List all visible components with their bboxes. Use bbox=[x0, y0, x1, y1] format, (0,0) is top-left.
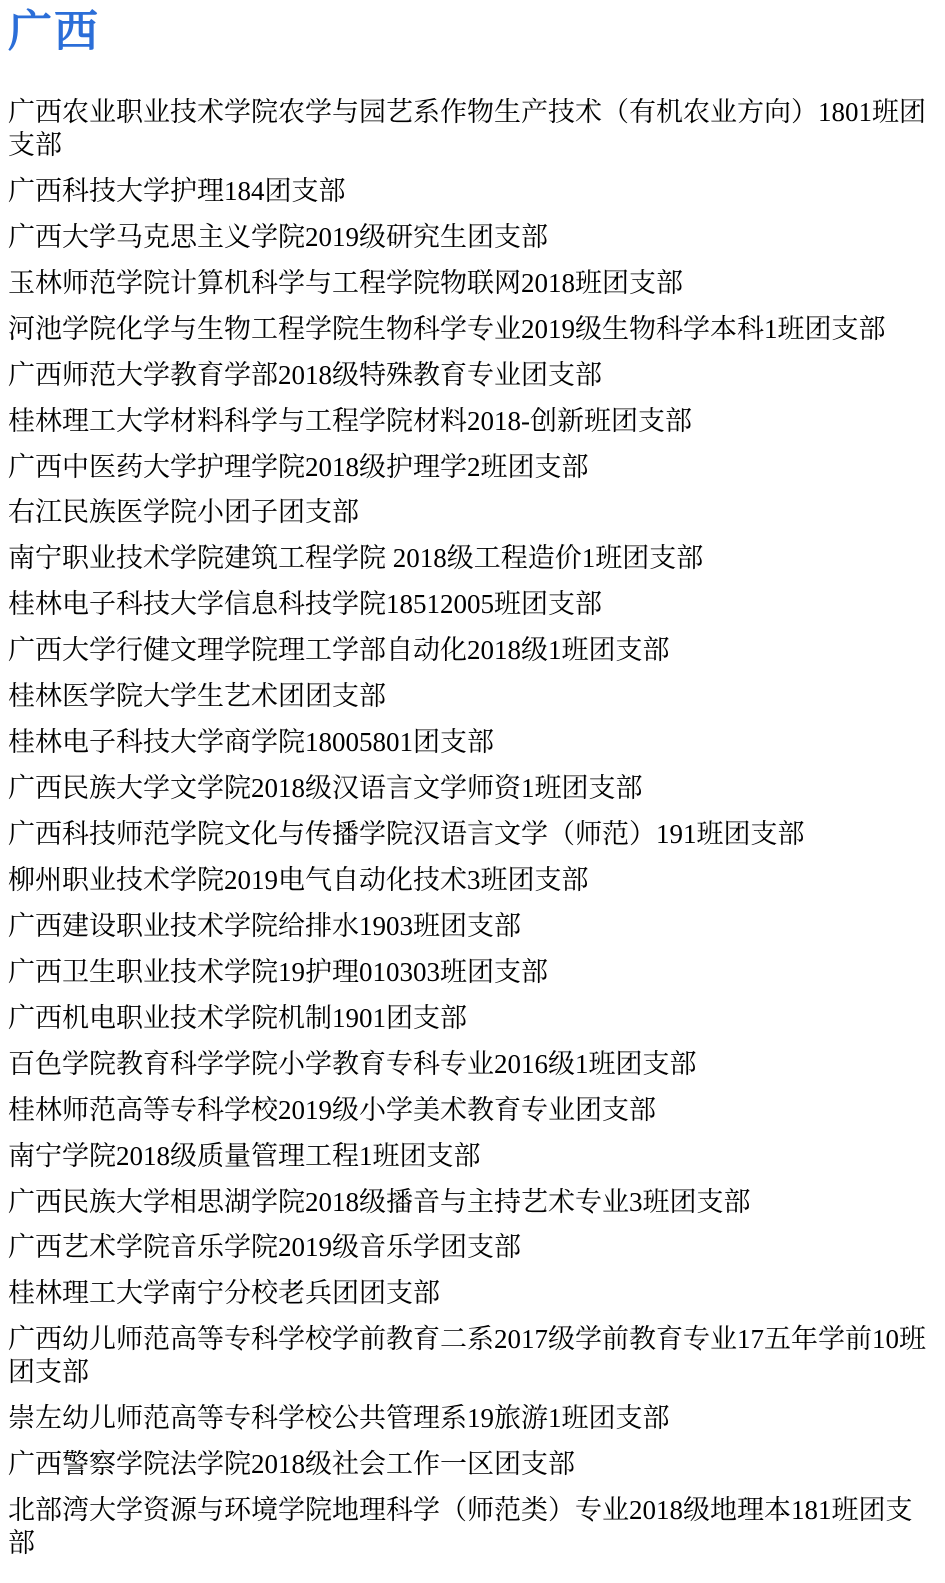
list-item: 广西幼儿师范高等专科学校学前教育二系2017级学前教育专业17五年学前10班团支… bbox=[8, 1323, 937, 1389]
list-item: 广西大学行健文理学院理工学部自动化2018级1班团支部 bbox=[8, 634, 937, 667]
list-item: 桂林电子科技大学信息科技学院18512005班团支部 bbox=[8, 588, 937, 621]
list-item: 广西卫生职业技术学院19护理010303班团支部 bbox=[8, 956, 937, 989]
list-item: 广西中医药大学护理学院2018级护理学2班团支部 bbox=[8, 451, 937, 484]
list-item: 广西民族大学相思湖学院2018级播音与主持艺术专业3班团支部 bbox=[8, 1186, 937, 1219]
list-item: 广西科技师范学院文化与传播学院汉语言文学（师范）191班团支部 bbox=[8, 818, 937, 851]
list-item: 广西建设职业技术学院给排水1903班团支部 bbox=[8, 910, 937, 943]
list-item: 广西农业职业技术学院农学与园艺系作物生产技术（有机农业方向）1801班团支部 bbox=[8, 96, 937, 162]
list-item: 玉林师范学院计算机科学与工程学院物联网2018班团支部 bbox=[8, 267, 937, 300]
list-item: 广西大学马克思主义学院2019级研究生团支部 bbox=[8, 221, 937, 254]
list-item: 崇左幼儿师范高等专科学校公共管理系19旅游1班团支部 bbox=[8, 1402, 937, 1435]
list-item: 南宁学院2018级质量管理工程1班团支部 bbox=[8, 1140, 937, 1173]
list-item: 北部湾大学资源与环境学院地理科学（师范类）专业2018级地理本181班团支部 bbox=[8, 1494, 937, 1560]
list-item: 桂林电子科技大学商学院18005801团支部 bbox=[8, 726, 937, 759]
list-item: 广西科技大学护理184团支部 bbox=[8, 175, 937, 208]
list-item: 百色学院教育科学学院小学教育专科专业2016级1班团支部 bbox=[8, 1048, 937, 1081]
page-title: 广西 bbox=[8, 10, 937, 54]
list-item: 广西民族大学文学院2018级汉语言文学师资1班团支部 bbox=[8, 772, 937, 805]
list-item: 广西机电职业技术学院机制1901团支部 bbox=[8, 1002, 937, 1035]
list-item: 河池学院化学与生物工程学院生物科学专业2019级生物科学本科1班团支部 bbox=[8, 313, 937, 346]
branch-list: 广西农业职业技术学院农学与园艺系作物生产技术（有机农业方向）1801班团支部 广… bbox=[8, 96, 937, 1560]
list-item: 桂林理工大学南宁分校老兵团团支部 bbox=[8, 1277, 937, 1310]
list-item: 广西师范大学教育学部2018级特殊教育专业团支部 bbox=[8, 359, 937, 392]
list-item: 柳州职业技术学院2019电气自动化技术3班团支部 bbox=[8, 864, 937, 897]
list-item: 右江民族医学院小团子团支部 bbox=[8, 496, 937, 529]
list-item: 广西艺术学院音乐学院2019级音乐学团支部 bbox=[8, 1231, 937, 1264]
list-item: 广西警察学院法学院2018级社会工作一区团支部 bbox=[8, 1448, 937, 1481]
list-item: 桂林师范高等专科学校2019级小学美术教育专业团支部 bbox=[8, 1094, 937, 1127]
list-item: 南宁职业技术学院建筑工程学院 2018级工程造价1班团支部 bbox=[8, 542, 937, 575]
list-item: 桂林理工大学材料科学与工程学院材料2018-创新班团支部 bbox=[8, 405, 937, 438]
list-item: 桂林医学院大学生艺术团团支部 bbox=[8, 680, 937, 713]
